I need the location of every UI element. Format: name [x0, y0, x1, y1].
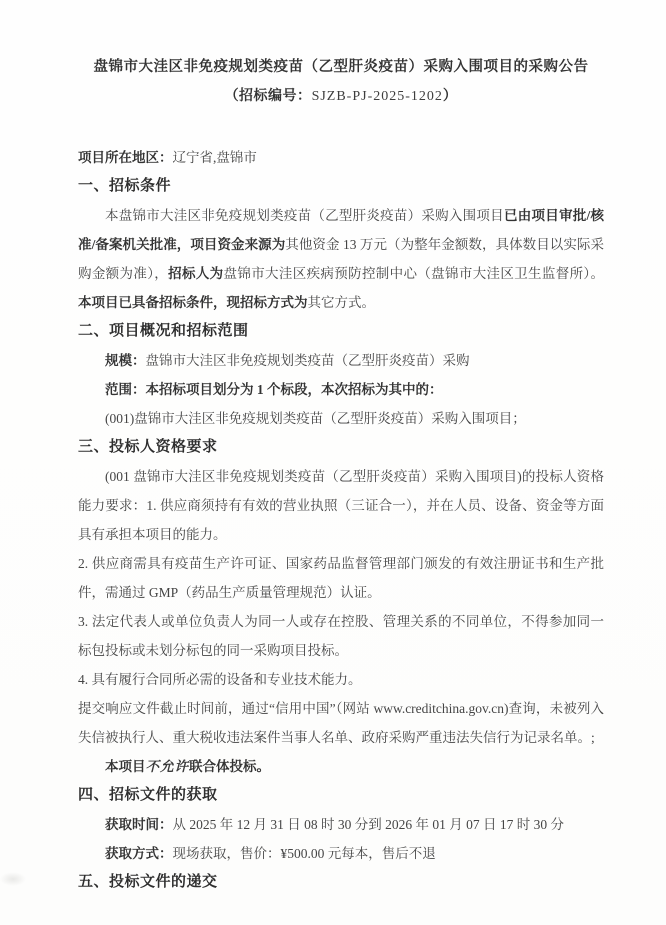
bid-conditions-run-5: 盘锦市大洼区疾病预防控制中心（盘锦市大洼区卫生监督所）。	[224, 266, 605, 281]
obtain-time-label: 获取时间：	[105, 817, 173, 832]
tender-number-suffix: ）	[443, 89, 458, 104]
scope-text: 范围：本招标项目划分为 1 个标段，本次招标为其中的：	[105, 382, 443, 397]
tender-number-prefix: （招标编号：	[225, 89, 312, 104]
project-scale-line: 规模：盘锦市大洼区非免疫规划类疫苗（乙型肝炎疫苗）采购	[78, 346, 604, 375]
section-3-heading: 三、投标人资格要求	[78, 433, 604, 462]
lot-text: (001)盘锦市大洼区非免疫规划类疫苗（乙型肝炎疫苗）采购入围项目；	[105, 411, 526, 426]
section-1-heading: 一、招标条件	[78, 172, 604, 201]
obtain-method-label: 获取方式：	[105, 846, 173, 861]
scan-smudge	[0, 872, 26, 886]
location-label: 项目所在地区：	[78, 150, 173, 165]
section-4-heading: 四、招标文件的获取	[78, 781, 604, 810]
procurement-announcement-page: 盘锦市大洼区非免疫规划类疫苗（乙型肝炎疫苗）采购入围项目的采购公告 （招标编号：…	[0, 0, 666, 925]
project-location-line: 项目所在地区：辽宁省,盘锦市	[78, 143, 604, 172]
credit-china-paragraph: 提交响应文件截止时间前，通过“信用中国”（网站 www.creditchina.…	[78, 694, 604, 752]
page-title: 盘锦市大洼区非免疫规划类疫苗（乙型肝炎疫苗）采购入围项目的采购公告	[78, 52, 604, 82]
bid-conditions-run-7: 其它方式。	[308, 295, 376, 310]
qualification-paragraph-3: 3. 法定代表人或单位负责人为同一人或存在控股、管理关系的不同单位，不得参加同一…	[78, 607, 604, 665]
qualification-paragraph-2: 2. 供应商需具有疫苗生产许可证、国家药品监督管理部门颁发的有效注册证书和生产批…	[78, 549, 604, 607]
qualification-paragraph-4: 4. 具有履行合同所必需的设备和专业技术能力。	[78, 665, 604, 694]
obtain-method-value: 现场获取，售价：¥500.00 元每本，售后不退	[173, 846, 436, 861]
obtain-time-value: 从 2025 年 12 月 31 日 08 时 30 分到 2026 年 01 …	[173, 817, 565, 832]
title-block: 盘锦市大洼区非免疫规划类疫苗（乙型肝炎疫苗）采购入围项目的采购公告 （招标编号：…	[78, 52, 604, 112]
bid-conditions-run-1: 本盘锦市大洼区非免疫规划类疫苗（乙型肝炎疫苗）采购入围项目	[105, 208, 504, 223]
lot-line: (001)盘锦市大洼区非免疫规划类疫苗（乙型肝炎疫苗）采购入围项目；	[78, 404, 604, 433]
obtain-method-line: 获取方式：现场获取，售价：¥500.00 元每本，售后不退	[78, 839, 604, 868]
section-1-paragraph: 本盘锦市大洼区非免疫规划类疫苗（乙型肝炎疫苗）采购入围项目已由项目审批/核准/备…	[78, 201, 604, 317]
project-scope-line: 范围：本招标项目划分为 1 个标段，本次招标为其中的：	[78, 375, 604, 404]
bid-conditions-run-4: 招标人为	[168, 266, 223, 281]
bid-conditions-run-6: 本项目已具备招标条件，现招标方式为	[78, 295, 308, 310]
joint-venture-line: 本项目不允许联合体投标。	[78, 752, 604, 781]
location-value: 辽宁省,盘锦市	[173, 150, 257, 165]
tender-number-line: （招标编号：SJZB-PJ-2025-1202）	[78, 82, 604, 112]
obtain-time-line: 获取时间：从 2025 年 12 月 31 日 08 时 30 分到 2026 …	[78, 810, 604, 839]
section-2-heading: 二、项目概况和招标范围	[78, 317, 604, 346]
joint-venture-suffix: 联合体投标。	[189, 759, 270, 774]
tender-number-code: SJZB-PJ-2025-1202	[312, 89, 443, 104]
joint-venture-prefix: 本项目	[105, 759, 146, 774]
joint-venture-not-allowed: 不允许	[146, 759, 190, 774]
section-5-heading: 五、投标文件的递交	[78, 868, 604, 897]
scale-label: 规模：	[105, 353, 146, 368]
qualification-paragraph-1: (001 盘锦市大洼区非免疫规划类疫苗（乙型肝炎疫苗）采购入围项目)的投标人资格…	[78, 462, 604, 549]
scale-value: 盘锦市大洼区非免疫规划类疫苗（乙型肝炎疫苗）采购	[146, 353, 470, 368]
